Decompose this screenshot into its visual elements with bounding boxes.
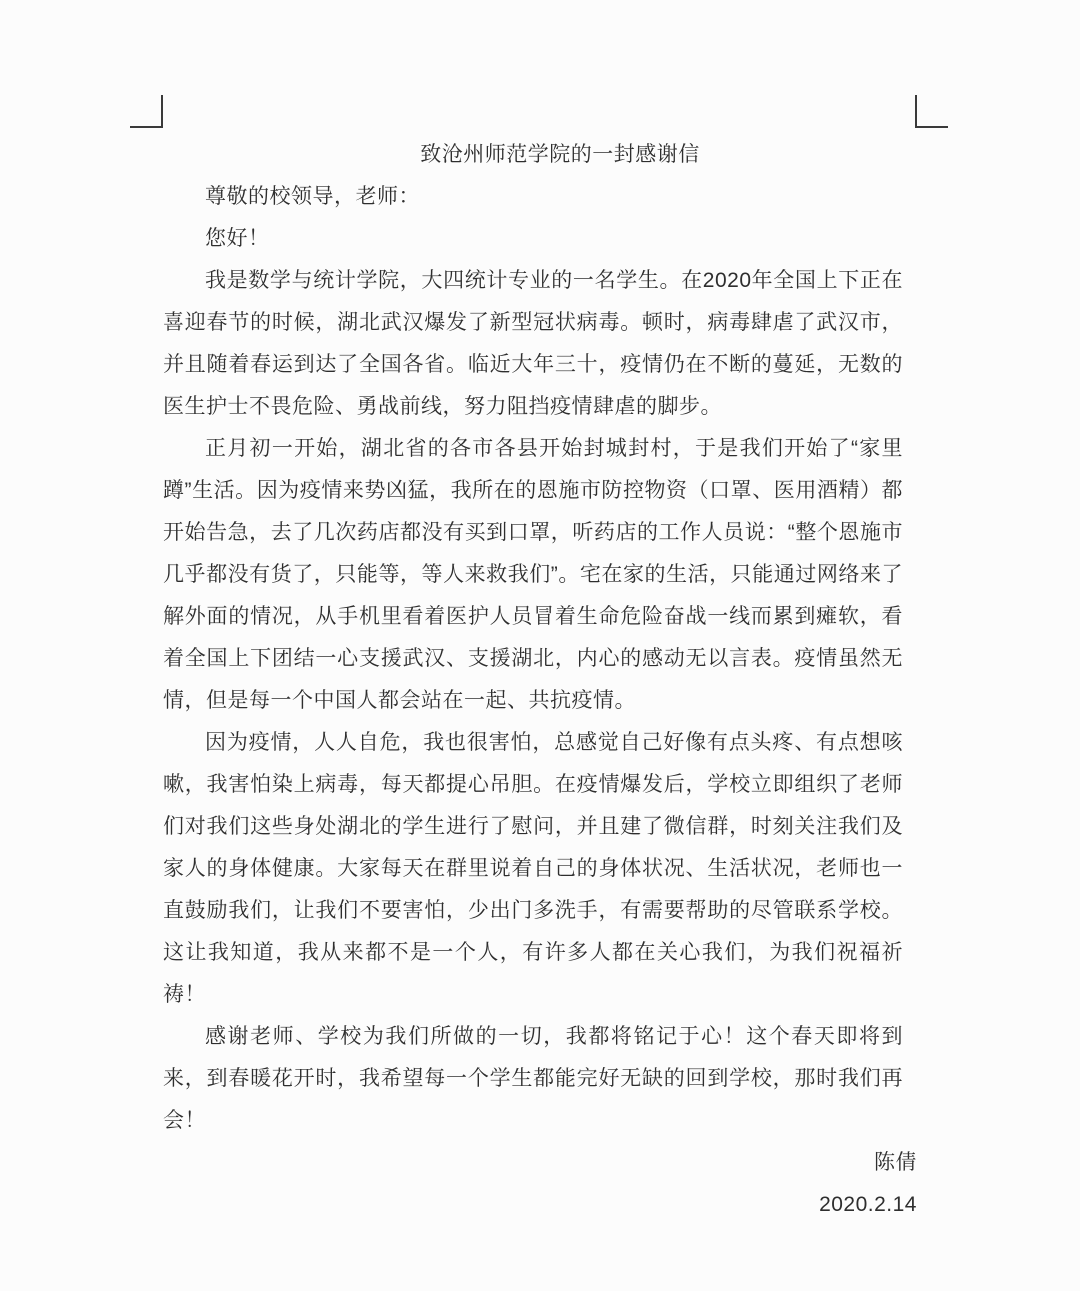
letter-line: 因为疫情，人人自危，我也很害怕，总感觉自己好像有点头疼、有点想咳: [163, 722, 903, 764]
letter-title: 致沧州师范学院的一封感谢信: [163, 134, 903, 176]
letter-line: 直鼓励我们，让我们不要害怕，少出门多洗手，有需要帮助的尽管联系学校。: [163, 890, 903, 932]
letter-line: 并且随着春运到达了全国各省。临近大年三十，疫情仍在不断的蔓延，无数的: [163, 344, 903, 386]
text-boundary-mark-top-right: [915, 95, 948, 128]
letter-line: 蹲”生活。因为疫情来势凶猛，我所在的恩施市防控物资（口罩、医用酒精）都: [163, 470, 903, 512]
letter-line: 情，但是每一个中国人都会站在一起、共抗疫情。: [163, 680, 903, 722]
text-boundary-mark-top-left: [130, 95, 163, 128]
letter-line: 我是数学与统计学院，大四统计专业的一名学生。在2020年全国上下正在: [163, 260, 903, 302]
letter-line: 着全国上下团结一心支援武汉、支援湖北，内心的感动无以言表。疫情虽然无: [163, 638, 903, 680]
letter-line: 来，到春暖花开时，我希望每一个学生都能完好无缺的回到学校，那时我们再: [163, 1058, 903, 1100]
signature-name: 陈倩: [163, 1142, 917, 1184]
greeting: 您好！: [163, 218, 903, 260]
letter-line: 正月初一开始，湖北省的各市各县开始封城封村，于是我们开始了“家里: [163, 428, 903, 470]
signature-date: 2020.2.14: [163, 1184, 917, 1226]
paragraph-1: 我是数学与统计学院，大四统计专业的一名学生。在2020年全国上下正在 喜迎春节的…: [163, 260, 903, 428]
letter-line: 喜迎春节的时候，湖北武汉爆发了新型冠状病毒。顿时，病毒肆虐了武汉市，: [163, 302, 903, 344]
letter-line: 们对我们这些身处湖北的学生进行了慰问，并且建了微信群，时刻关注我们及: [163, 806, 903, 848]
paragraph-3: 因为疫情，人人自危，我也很害怕，总感觉自己好像有点头疼、有点想咳 嗽，我害怕染上…: [163, 722, 903, 1016]
letter-line: 这让我知道，我从来都不是一个人，有许多人都在关心我们，为我们祝福祈: [163, 932, 903, 974]
letter-line: 祷！: [163, 974, 903, 1016]
letter-line: 几乎都没有货了，只能等，等人来救我们”。宅在家的生活，只能通过网络来了: [163, 554, 903, 596]
letter-line: 开始告急，去了几次药店都没有买到口罩，听药店的工作人员说：“整个恩施市: [163, 512, 903, 554]
letter-line: 家人的身体健康。大家每天在群里说着自己的身体状况、生活状况，老师也一: [163, 848, 903, 890]
letter-line: 嗽，我害怕染上病毒，每天都提心吊胆。在疫情爆发后，学校立即组织了老师: [163, 764, 903, 806]
letter-line: 医生护士不畏危险、勇战前线，努力阻挡疫情肆虐的脚步。: [163, 386, 903, 428]
letter-line: 感谢老师、学校为我们所做的一切，我都将铭记于心！这个春天即将到: [163, 1016, 903, 1058]
paragraph-2: 正月初一开始，湖北省的各市各县开始封城封村，于是我们开始了“家里 蹲”生活。因为…: [163, 428, 903, 722]
letter-body: 致沧州师范学院的一封感谢信 尊敬的校领导，老师： 您好！ 我是数学与统计学院，大…: [163, 134, 903, 1226]
letter-line: 解外面的情况，从手机里看着医护人员冒着生命危险奋战一线而累到瘫软，看: [163, 596, 903, 638]
document-page: 致沧州师范学院的一封感谢信 尊敬的校领导，老师： 您好！ 我是数学与统计学院，大…: [0, 0, 1080, 1291]
salutation: 尊敬的校领导，老师：: [163, 176, 903, 218]
paragraph-4: 感谢老师、学校为我们所做的一切，我都将铭记于心！这个春天即将到 来，到春暖花开时…: [163, 1016, 903, 1142]
letter-line: 会！: [163, 1100, 903, 1142]
